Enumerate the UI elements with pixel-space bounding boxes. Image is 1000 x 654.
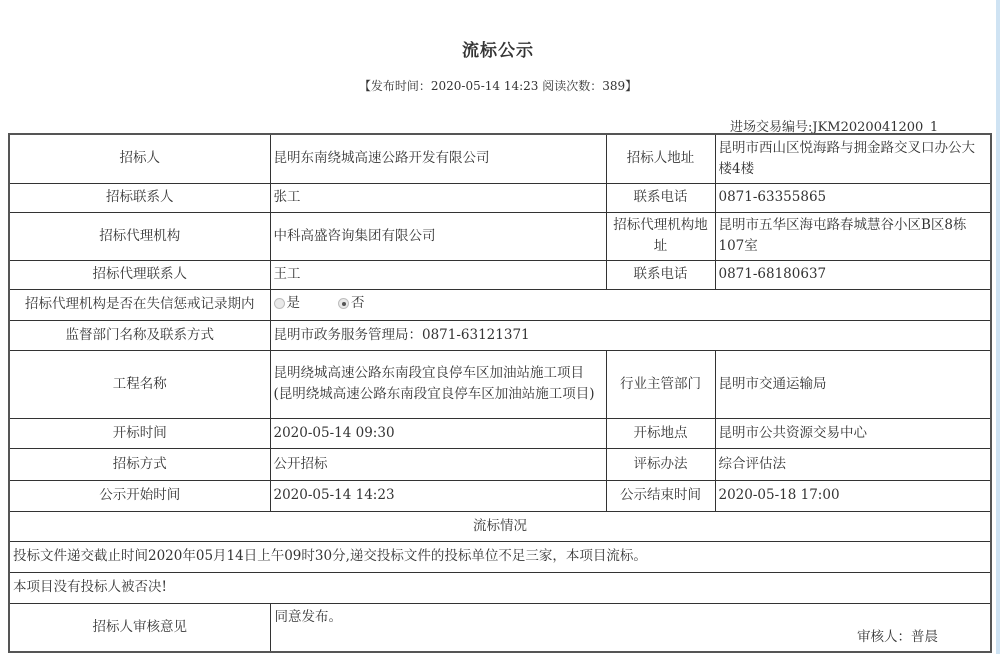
tenderer-label: 招标人 bbox=[9, 134, 270, 183]
tenderer-address-label: 招标人地址 bbox=[606, 134, 715, 183]
industry-dept-value: 昆明市交通运输局 bbox=[715, 350, 991, 418]
radio-yes-label: 是 bbox=[287, 293, 301, 314]
blacklist-label: 招标代理机构是否在失信惩戒记录期内 bbox=[9, 289, 270, 320]
radio-unchecked-icon[interactable] bbox=[274, 298, 285, 309]
tenderer-value: 昆明东南绕城高速公路开发有限公司 bbox=[270, 134, 606, 183]
notice-start-label: 公示开始时间 bbox=[9, 480, 270, 511]
supervisor-value: 昆明市政务服务管理局：0871-63121371 bbox=[270, 320, 991, 350]
radio-no[interactable]: 否 bbox=[338, 293, 365, 314]
review-opinion: 同意发布。 bbox=[275, 607, 343, 628]
project-name-label: 工程名称 bbox=[9, 350, 270, 418]
tender-method-label: 招标方式 bbox=[9, 448, 270, 480]
table-row: 招标人 昆明东南绕城高速公路开发有限公司 招标人地址 昆明市西山区悦海路与拥金路… bbox=[9, 134, 991, 183]
notice-start-value: 2020-05-14 14:23 bbox=[270, 480, 606, 511]
table-row: 流标情况 bbox=[9, 511, 991, 541]
eval-method-label: 评标办法 bbox=[606, 448, 715, 480]
announcement-table: 招标人 昆明东南绕城高速公路开发有限公司 招标人地址 昆明市西山区悦海路与拥金路… bbox=[8, 133, 992, 653]
table-row: 招标代理联系人 王工 联系电话 0871-68180637 bbox=[9, 260, 991, 289]
agency-address-label: 招标代理机构地址 bbox=[606, 212, 715, 260]
open-time-label: 开标时间 bbox=[9, 418, 270, 448]
table-row: 招标代理机构是否在失信惩戒记录期内 是 否 bbox=[9, 289, 991, 320]
table-row: 招标人审核意见 同意发布。 审核人：普晨 bbox=[9, 603, 991, 652]
page-title: 流标公示 bbox=[0, 36, 996, 61]
eval-method-value: 综合评估法 bbox=[715, 448, 991, 480]
rejection-note: 本项目没有投标人被否决! bbox=[9, 572, 991, 603]
open-place-value: 昆明市公共资源交易中心 bbox=[715, 418, 991, 448]
agency-contact-value: 王工 bbox=[270, 260, 606, 289]
failure-section-heading: 流标情况 bbox=[9, 511, 991, 541]
tender-phone-value: 0871-63355865 bbox=[715, 183, 991, 212]
review-cell: 同意发布。 审核人：普晨 bbox=[270, 603, 991, 652]
notice-end-value: 2020-05-18 17:00 bbox=[715, 480, 991, 511]
supervisor-label: 监督部门名称及联系方式 bbox=[9, 320, 270, 350]
agency-phone-label: 联系电话 bbox=[606, 260, 715, 289]
review-label: 招标人审核意见 bbox=[9, 603, 270, 652]
reviewer-name: 审核人：普晨 bbox=[857, 627, 938, 648]
blacklist-radio-group: 是 否 bbox=[274, 293, 403, 314]
agency-label: 招标代理机构 bbox=[9, 212, 270, 260]
table-row: 投标文件递交截止时间2020年05月14日上午09时30分,递交投标文件的投标单… bbox=[9, 541, 991, 572]
blacklist-options: 是 否 bbox=[270, 289, 991, 320]
table-row: 招标方式 公开招标 评标办法 综合评估法 bbox=[9, 448, 991, 480]
tender-contact-label: 招标联系人 bbox=[9, 183, 270, 212]
radio-checked-icon[interactable] bbox=[338, 298, 349, 309]
radio-yes[interactable]: 是 bbox=[274, 293, 301, 314]
open-time-value: 2020-05-14 09:30 bbox=[270, 418, 606, 448]
tender-phone-label: 联系电话 bbox=[606, 183, 715, 212]
industry-dept-label: 行业主管部门 bbox=[606, 350, 715, 418]
table-row: 监督部门名称及联系方式 昆明市政务服务管理局：0871-63121371 bbox=[9, 320, 991, 350]
tender-contact-value: 张工 bbox=[270, 183, 606, 212]
notice-end-label: 公示结束时间 bbox=[606, 480, 715, 511]
tenderer-address-value: 昆明市西山区悦海路与拥金路交叉口办公大楼4楼 bbox=[715, 134, 991, 183]
table-row: 本项目没有投标人被否决! bbox=[9, 572, 991, 603]
table-row: 开标时间 2020-05-14 09:30 开标地点 昆明市公共资源交易中心 bbox=[9, 418, 991, 448]
scrollbar-edge[interactable] bbox=[996, 0, 1000, 654]
agency-phone-value: 0871-68180637 bbox=[715, 260, 991, 289]
table-row: 招标联系人 张工 联系电话 0871-63355865 bbox=[9, 183, 991, 212]
agency-address-value: 昆明市五华区海屯路春城慧谷小区B区8栋107室 bbox=[715, 212, 991, 260]
project-name-value: 昆明绕城高速公路东南段宜良停车区加油站施工项目(昆明绕城高速公路东南段宜良停车区… bbox=[270, 350, 606, 418]
page: 流标公示 【发布时间：2020-05-14 14:23 阅读次数：389】 进场… bbox=[0, 0, 996, 654]
publish-meta: 【发布时间：2020-05-14 14:23 阅读次数：389】 bbox=[0, 77, 996, 94]
open-place-label: 开标地点 bbox=[606, 418, 715, 448]
table-row: 公示开始时间 2020-05-14 14:23 公示结束时间 2020-05-1… bbox=[9, 480, 991, 511]
failure-reason: 投标文件递交截止时间2020年05月14日上午09时30分,递交投标文件的投标单… bbox=[9, 541, 991, 572]
table-row: 工程名称 昆明绕城高速公路东南段宜良停车区加油站施工项目(昆明绕城高速公路东南段… bbox=[9, 350, 991, 418]
tender-method-value: 公开招标 bbox=[270, 448, 606, 480]
radio-no-label: 否 bbox=[351, 293, 365, 314]
table-row: 招标代理机构 中科高盛咨询集团有限公司 招标代理机构地址 昆明市五华区海屯路春城… bbox=[9, 212, 991, 260]
agency-value: 中科高盛咨询集团有限公司 bbox=[270, 212, 606, 260]
agency-contact-label: 招标代理联系人 bbox=[9, 260, 270, 289]
